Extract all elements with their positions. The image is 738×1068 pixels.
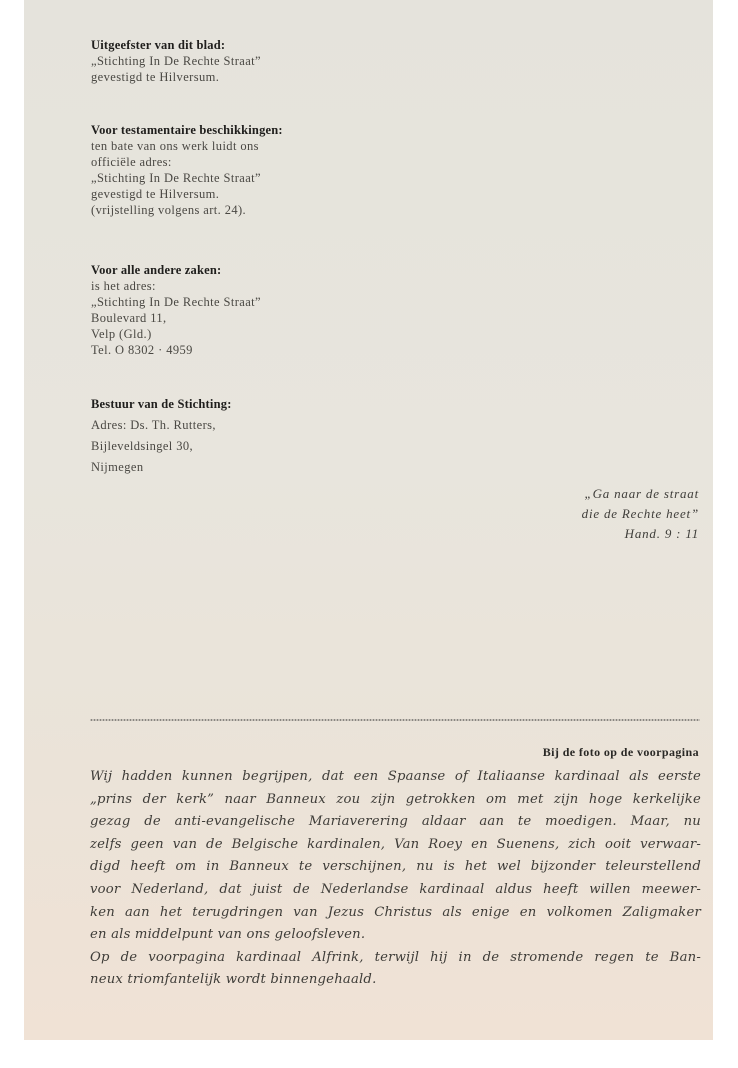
publisher-heading: Uitgeefster van dit blad: [91,37,261,53]
bible-quote: „Ga naar de straat die de Rechte heet” H… [582,484,699,544]
caption-line: ken aan het terugdringen van Jezus Chris… [90,902,701,925]
wavy-divider [90,718,700,722]
other-matters-line: Tel. O 8302 · 4959 [91,342,261,358]
quote-line: „Ga naar de straat [582,484,699,504]
quote-reference: Hand. 9 : 11 [582,524,699,544]
publisher-block: Uitgeefster van dit blad: „Stichting In … [91,37,261,85]
other-matters-line: is het adres: [91,278,261,294]
testamentary-line: ten bate van ons werk luidt ons [91,138,283,154]
caption-line: en als middelpunt van ons geloofsleven. [90,924,701,947]
caption-line: „prins der kerk” naar Banneux zou zijn g… [90,789,701,812]
caption-title: Bij de foto op de voorpagina [543,745,699,760]
board-heading: Bestuur van de Stichting: [91,396,232,412]
testamentary-heading: Voor testamentaire beschikkingen: [91,122,283,138]
testamentary-block: Voor testamentaire beschikkingen: ten ba… [91,122,283,218]
other-matters-line: Velp (Gld.) [91,326,261,342]
other-matters-line: „Stichting In De Rechte Straat” [91,294,261,310]
caption-line: digd heeft om in Banneux te verschijnen,… [90,856,701,879]
caption-line: zelfs geen van de Belgische kardinalen, … [90,834,701,857]
testamentary-line: gevestigd te Hilversum. [91,186,283,202]
other-matters-block: Voor alle andere zaken: is het adres: „S… [91,262,261,358]
document-page: Uitgeefster van dit blad: „Stichting In … [24,0,713,1040]
board-line: Nijmegen [91,457,232,478]
board-block: Bestuur van de Stichting: Adres: Ds. Th.… [91,396,232,478]
caption-line: voor Nederland, dat juist de Nederlandse… [90,879,701,902]
board-line: Adres: Ds. Th. Rutters, [91,415,232,436]
other-matters-line: Boulevard 11, [91,310,261,326]
testamentary-line: (vrijstelling volgens art. 24). [91,202,283,218]
caption-body: Wij hadden kunnen begrijpen, dat een Spa… [90,766,701,992]
quote-line: die de Rechte heet” [582,504,699,524]
publisher-line: „Stichting In De Rechte Straat” [91,53,261,69]
caption-line: gezag de anti-evangelische Mariaverering… [90,811,701,834]
caption-line: Wij hadden kunnen begrijpen, dat een Spa… [90,766,701,789]
testamentary-line: officiële adres: [91,154,283,170]
publisher-line: gevestigd te Hilversum. [91,69,261,85]
caption-line: neux triomfantelijk wordt binnengehaald. [90,969,701,992]
board-line: Bijleveldsingel 30, [91,436,232,457]
caption-line: Op de voorpagina kardinaal Alfrink, terw… [90,947,701,970]
other-matters-heading: Voor alle andere zaken: [91,262,261,278]
testamentary-line: „Stichting In De Rechte Straat” [91,170,283,186]
